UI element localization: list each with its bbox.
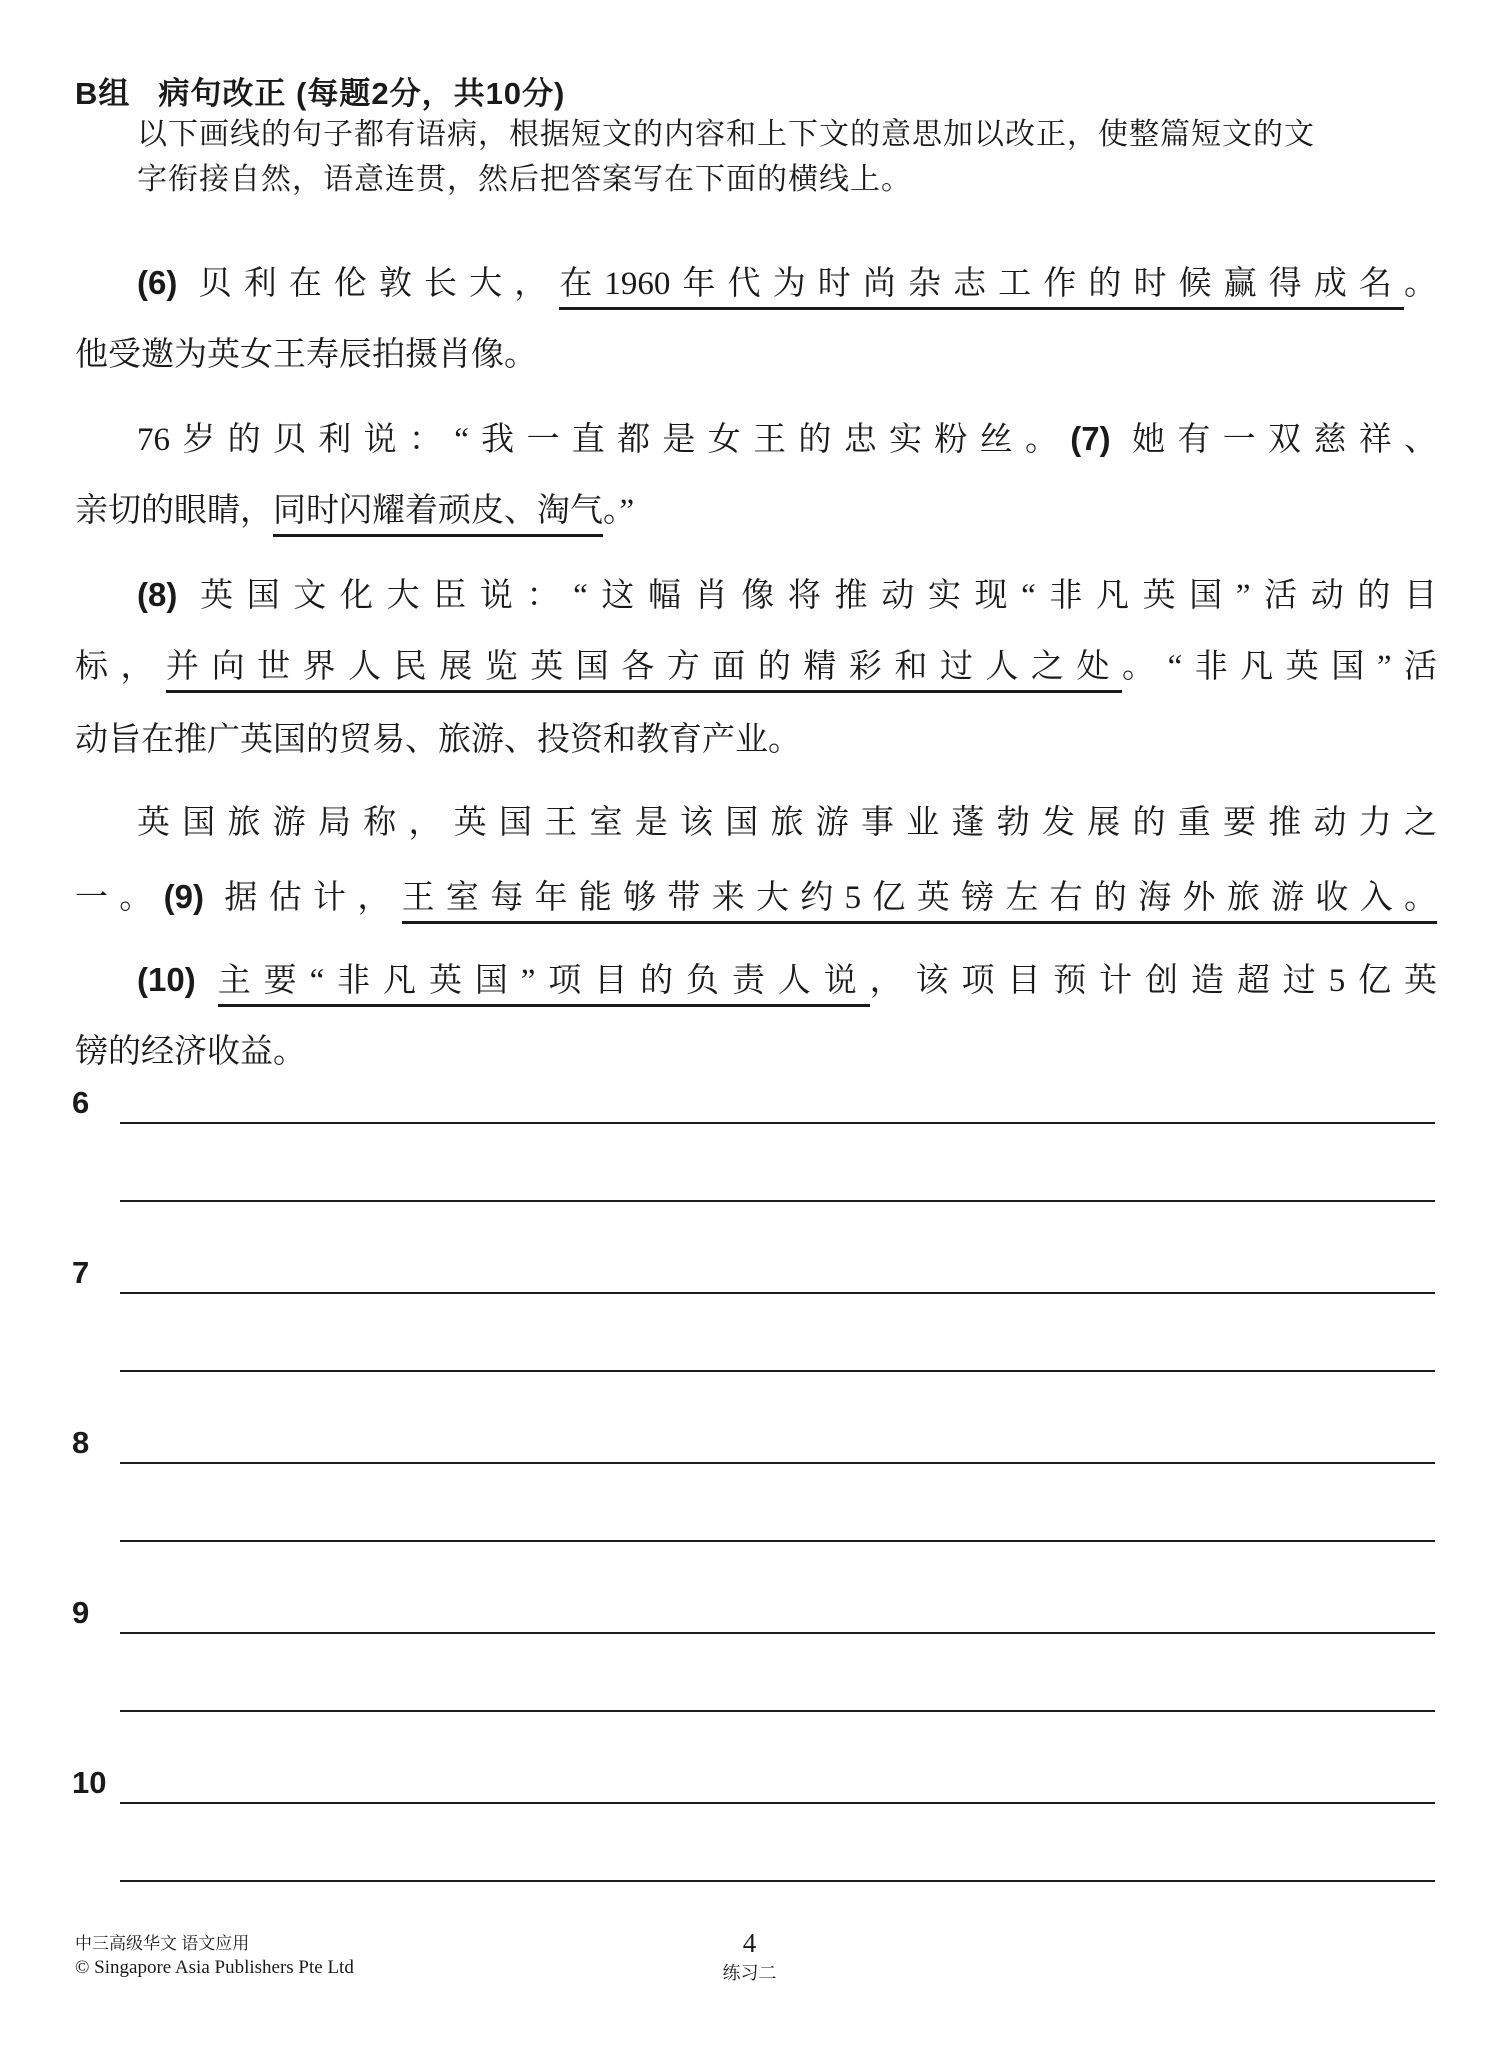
passage-text: ，该项目预计创造超过5亿英 (870, 963, 1437, 999)
passage-line: (6) 贝利在伦敦长大，在1960年代为时尚杂志工作的时候赢得成名。 (75, 246, 1437, 319)
passage-line: 标，并向世界人民展览英国各方面的精彩和过人之处。“非凡英国”活 (75, 631, 1437, 704)
instruction-line: 字衔接自然，语意连贯，然后把答案写在下面的横线上。 (137, 157, 1427, 202)
passage-line: 镑的经济收益。 (75, 1016, 1437, 1089)
answer-blank-line-7 (120, 1370, 1435, 1372)
passage-text: 。“非凡英国”活 (1122, 649, 1437, 685)
instruction-line: 以下画线的句子都有语病，根据短文的内容和上下文的意思加以改正，使整篇短文的文 (137, 112, 1427, 157)
passage-line: 亲切的眼睛，同时闪耀着顽皮、淘气。” (75, 475, 1437, 548)
underlined-clause: 并向世界人民展览英国各方面的精彩和过人之处 (166, 649, 1122, 693)
section-title: B组病句改正 (每题2分，共10分) (75, 68, 1435, 113)
passage-line: (10) 主要“非凡英国”项目的负责人说，该项目预计创造超过5亿英 (75, 943, 1437, 1016)
answer-blank-line-8 (120, 1540, 1435, 1542)
question-number: (10) (137, 961, 218, 998)
passage-text: 贝利在伦敦长大， (199, 266, 560, 302)
exercise-label: 练习二 (0, 1958, 1499, 1988)
answer-number-10: 10 (72, 1765, 106, 1801)
passage-line: (8) 英国文化大臣说：“这幅肖像将推动实现“非凡英国”活动的目 (75, 558, 1437, 631)
answer-number-7: 7 (72, 1255, 89, 1291)
answer-blank-line-6 (120, 1200, 1435, 1202)
passage-text: 动旨在推广英国的贸易、旅游、投资和教育产业。 (75, 722, 801, 758)
passage-line: 他受邀为英女王寿辰拍摄肖像。 (75, 319, 1437, 392)
passage-text: 76岁的贝利说：“我一直都是女王的忠实粉丝。 (137, 422, 1070, 458)
answer-blank-line-9 (120, 1632, 1435, 1634)
group-label: B组 (75, 76, 130, 111)
section-title-text: 病句改正 (每题2分，共10分) (158, 76, 565, 111)
question-number: (9) (164, 878, 225, 915)
answer-blank-line-6 (120, 1122, 1435, 1124)
answer-blank-line-10 (120, 1880, 1435, 1882)
underlined-clause: 王室每年能够带来大约5亿英镑左右的海外旅游收入。 (402, 880, 1437, 924)
passage-line: 一。(9) 据估计，王室每年能够带来大约5亿英镑左右的海外旅游收入。 (75, 860, 1437, 933)
footer-center: 4 练习二 (0, 1928, 1499, 1988)
instructions: 以下画线的句子都有语病，根据短文的内容和上下文的意思加以改正，使整篇短文的文 字… (137, 112, 1427, 202)
question-number: (8) (137, 576, 200, 613)
page-number: 4 (0, 1928, 1499, 1958)
passage-text: 她有一双慈祥、 (1132, 422, 1437, 458)
worksheet-page: B组病句改正 (每题2分，共10分) 以下画线的句子都有语病，根据短文的内容和上… (0, 0, 1499, 2049)
passage: (6) 贝利在伦敦长大，在1960年代为时尚杂志工作的时候赢得成名。他受邀为英女… (75, 246, 1437, 1089)
answer-blank-line-7 (120, 1292, 1435, 1294)
passage-text: 据估计， (224, 880, 401, 916)
underlined-clause: 同时闪耀着顽皮、淘气 (273, 493, 603, 537)
question-number: (7) (1070, 420, 1132, 457)
passage-text: 他受邀为英女王寿辰拍摄肖像。 (75, 337, 537, 373)
passage-text: 亲切的眼睛， (75, 493, 273, 529)
question-number: (6) (137, 264, 199, 301)
passage-text: 英国旅游局称，英国王室是该国旅游事业蓬勃发展的重要推动力之 (137, 805, 1437, 841)
passage-line: 英国旅游局称，英国王室是该国旅游事业蓬勃发展的重要推动力之 (75, 787, 1437, 860)
answer-number-8: 8 (72, 1425, 89, 1461)
answer-number-6: 6 (72, 1085, 89, 1121)
passage-text: 标， (75, 649, 166, 685)
passage-text: 。 (1404, 266, 1437, 302)
answer-number-9: 9 (72, 1595, 89, 1631)
underlined-clause: 在1960年代为时尚杂志工作的时候赢得成名 (559, 266, 1404, 310)
passage-text: 英国文化大臣说：“这幅肖像将推动实现“非凡英国”活动的目 (200, 578, 1437, 614)
passage-line: 76岁的贝利说：“我一直都是女王的忠实粉丝。(7) 她有一双慈祥、 (75, 402, 1437, 475)
answer-blank-line-9 (120, 1710, 1435, 1712)
answer-blank-line-10 (120, 1802, 1435, 1804)
underlined-clause: 主要“非凡英国”项目的负责人说 (218, 963, 870, 1007)
passage-text: 镑的经济收益。 (75, 1034, 306, 1070)
passage-text: 一。 (75, 880, 164, 916)
passage-text: 。” (603, 493, 634, 529)
passage-line: 动旨在推广英国的贸易、旅游、投资和教育产业。 (75, 704, 1437, 777)
answer-blank-line-8 (120, 1462, 1435, 1464)
